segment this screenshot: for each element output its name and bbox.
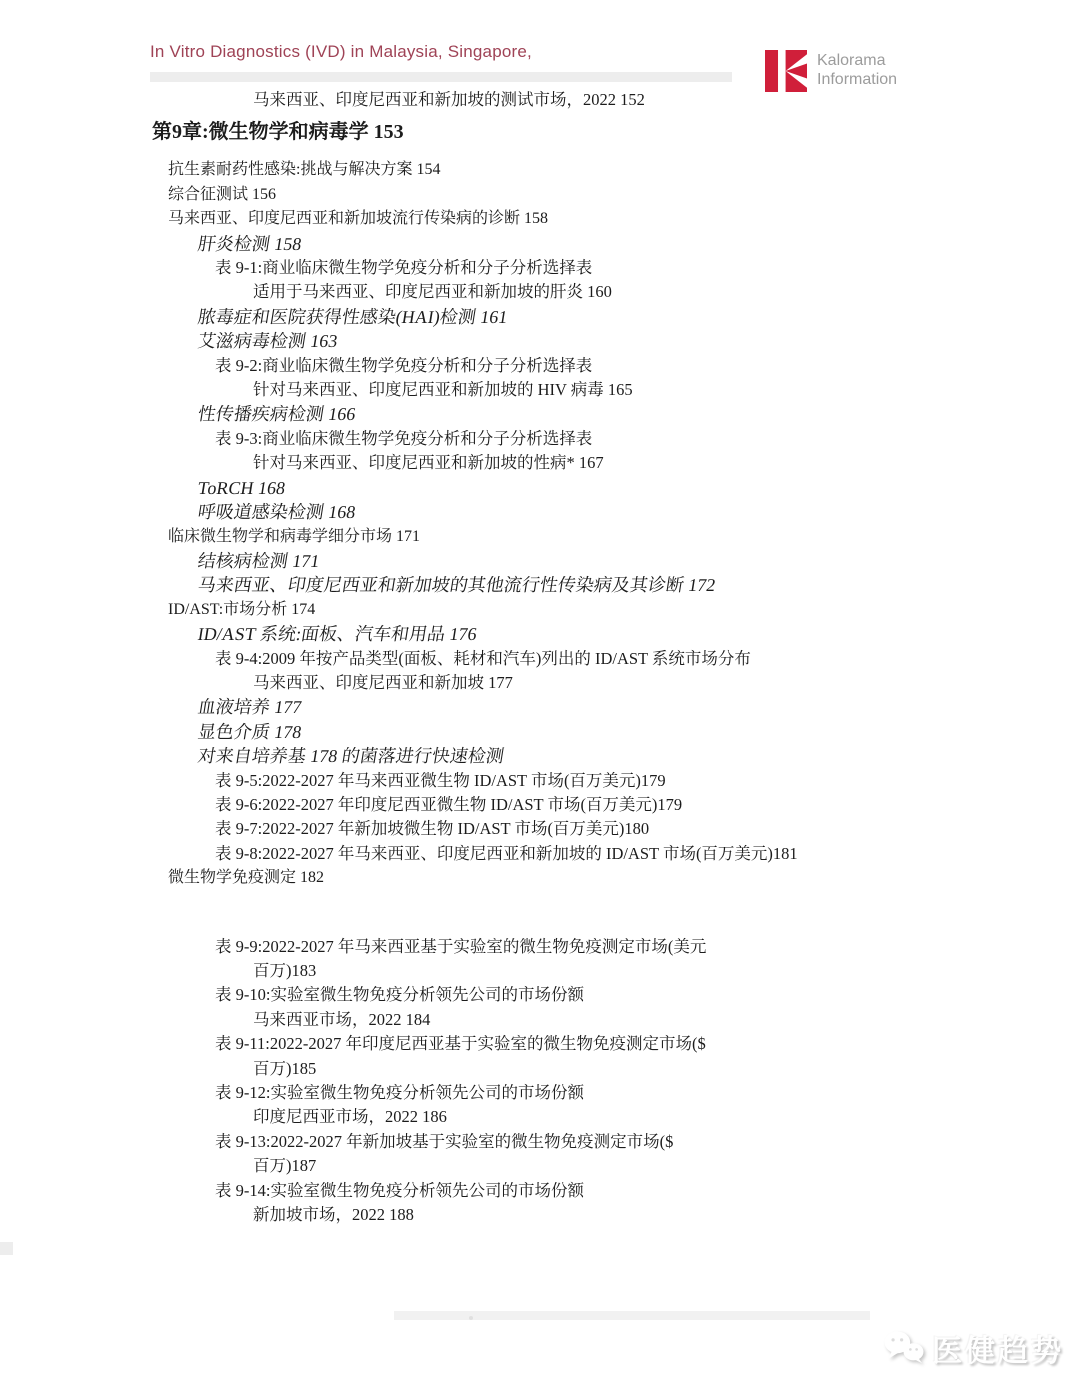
toc-entry-text: ID/AST:市场分析 174	[168, 601, 315, 618]
toc-entry: 表 9-5:2022-2027 年马来西亚微生物 ID/AST 市场(百万美元)…	[0, 769, 1080, 793]
toc-entry-text: 表 9-12:实验室微生物免疫分析领先公司的市场份额	[215, 1083, 584, 1102]
toc-entry-text: 表 9-2:商业临床微生物学免疫分析和分子分析选择表	[215, 356, 592, 375]
toc-entry-text: 表 9-3:商业临床微生物学免疫分析和分子分析选择表	[215, 429, 592, 448]
toc-entry-text: 马来西亚、印度尼西亚和新加坡的其他流行性传染病及其诊断 172	[196, 573, 717, 597]
kalorama-logo: Kalorama Information	[765, 50, 897, 92]
toc-entry-text: 临床微生物学和病毒学细分市场 171	[168, 528, 420, 545]
toc-entry: 微生物学免疫测定 182	[0, 866, 1080, 890]
toc-entry-text: 表 9-14:实验室微生物免疫分析领先公司的市场份额	[215, 1181, 584, 1200]
toc-entry-text: 新加坡市场，2022 188	[253, 1205, 414, 1224]
toc-entry-text: ID/AST 系统:面板、汽车和用品 176	[196, 622, 479, 646]
toc-entry-text: 百万)185	[253, 1059, 316, 1078]
toc-entry: ID/AST 系统:面板、汽车和用品 176	[0, 622, 1080, 646]
watermark-label: 医健趋势	[932, 1326, 1064, 1370]
toc-entry: 表 9-12:实验室微生物免疫分析领先公司的市场份额	[0, 1081, 1080, 1105]
kalorama-k-icon	[765, 50, 807, 92]
toc-entry: 艾滋病毒检测 163	[0, 329, 1080, 353]
toc-entry: 新加坡市场，2022 188	[0, 1203, 1080, 1227]
table-of-contents: 马来西亚、印度尼西亚和新加坡的测试市场，2022 152第9章:微生物学和病毒学…	[0, 88, 1080, 1227]
toc-entry: 马来西亚、印度尼西亚和新加坡流行传染病的诊断 158	[0, 207, 1080, 231]
toc-entry-text: 表 9-5:2022-2027 年马来西亚微生物 ID/AST 市场(百万美元)…	[215, 771, 666, 790]
toc-entry-text: 血液培养 177	[196, 695, 303, 719]
toc-entry-text: 显色介质 178	[196, 720, 303, 744]
watermark: 医健趋势	[883, 1326, 1064, 1370]
toc-entry-text: 表 9-1:商业临床微生物学免疫分析和分子分析选择表	[215, 258, 592, 277]
toc-entry: 表 9-7:2022-2027 年新加坡微生物 ID/AST 市场(百万美元)1…	[0, 817, 1080, 841]
toc-entry: ID/AST:市场分析 174	[0, 598, 1080, 622]
toc-entry: 综合征测试 156	[0, 183, 1080, 207]
toc-entry: 肝炎检测 158	[0, 232, 1080, 256]
toc-entry-text: 微生物学免疫测定 182	[168, 869, 324, 886]
toc-entry-text: 百万)183	[253, 961, 316, 980]
toc-entry: 结核病检测 171	[0, 549, 1080, 573]
bottom-divider	[394, 1311, 870, 1320]
toc-entry-text: 适用于马来西亚、印度尼西亚和新加坡的肝炎 160	[253, 282, 612, 301]
toc-entry: 对来自培养基 178 的菌落进行快速检测	[0, 744, 1080, 768]
toc-entry-text: 表 9-4:2009 年按产品类型(面板、耗材和汽车)列出的 ID/AST 系统…	[215, 649, 751, 668]
toc-entry-text: 表 9-10:实验室微生物免疫分析领先公司的市场份额	[215, 985, 584, 1004]
toc-entry: 针对马来西亚、印度尼西亚和新加坡的性病* 167	[0, 451, 1080, 475]
toc-entry-text: 印度尼西亚市场，2022 186	[253, 1107, 447, 1126]
toc-entry: 适用于马来西亚、印度尼西亚和新加坡的肝炎 160	[0, 280, 1080, 304]
toc-entry: 百万)183	[0, 959, 1080, 983]
toc-entry: 表 9-3:商业临床微生物学免疫分析和分子分析选择表	[0, 427, 1080, 451]
toc-entry: 血液培养 177	[0, 695, 1080, 719]
scan-artifact-dot	[469, 1316, 473, 1320]
toc-entry-text: 马来西亚、印度尼西亚和新加坡流行传染病的诊断 158	[168, 210, 548, 227]
toc-entry-text: 表 9-6:2022-2027 年印度尼西亚微生物 ID/AST 市场(百万美元…	[215, 795, 682, 814]
toc-entry: ToRCH 168	[0, 476, 1080, 500]
toc-entry-text: 表 9-7:2022-2027 年新加坡微生物 ID/AST 市场(百万美元)1…	[215, 819, 649, 838]
toc-entry: 百万)185	[0, 1057, 1080, 1081]
toc-entry-text: 表 9-13:2022-2027 年新加坡基于实验室的微生物免疫测定市场($	[215, 1132, 673, 1151]
toc-entry-text: ToRCH 168	[196, 476, 287, 500]
toc-entry: 性传播疾病检测 166	[0, 402, 1080, 426]
toc-entry: 印度尼西亚市场，2022 186	[0, 1105, 1080, 1129]
toc-entry: 表 9-13:2022-2027 年新加坡基于实验室的微生物免疫测定市场($	[0, 1130, 1080, 1154]
toc-entry-text: 针对马来西亚、印度尼西亚和新加坡的 HIV 病毒 165	[253, 380, 633, 399]
toc-entry: 马来西亚市场，2022 184	[0, 1008, 1080, 1032]
kalorama-logo-text: Kalorama Information	[817, 52, 897, 90]
scan-artifact-left	[0, 1242, 13, 1255]
toc-entry: 百万)187	[0, 1154, 1080, 1178]
toc-entry: 表 9-8:2022-2027 年马来西亚、印度尼西亚和新加坡的 ID/AST …	[0, 842, 1080, 866]
toc-entry-text: 肝炎检测 158	[196, 232, 303, 256]
toc-entry: 表 9-14:实验室微生物免疫分析领先公司的市场份额	[0, 1179, 1080, 1203]
toc-entry-text: 脓毒症和医院获得性感染(HAI)检测 161	[196, 305, 509, 329]
logo-line1: Kalorama	[817, 52, 897, 71]
toc-entry-text: 马来西亚市场，2022 184	[253, 1010, 430, 1029]
toc-entry-text: 针对马来西亚、印度尼西亚和新加坡的性病* 167	[253, 453, 604, 472]
toc-entry-text: 马来西亚、印度尼西亚和新加坡的测试市场，2022 152	[253, 90, 645, 109]
report-title: In Vitro Diagnostics (IVD) in Malaysia, …	[150, 42, 532, 62]
toc-entry: 针对马来西亚、印度尼西亚和新加坡的 HIV 病毒 165	[0, 378, 1080, 402]
toc-entry: 马来西亚、印度尼西亚和新加坡的测试市场，2022 152	[0, 88, 1080, 112]
toc-entry-text: 结核病检测 171	[196, 549, 321, 573]
toc-entry: 抗生素耐药性感染:挑战与解决方案 154	[0, 158, 1080, 182]
toc-entry: 表 9-1:商业临床微生物学免疫分析和分子分析选择表	[0, 256, 1080, 280]
toc-entry-text: 第9章:微生物学和病毒学 153	[152, 121, 404, 143]
toc-entry: 显色介质 178	[0, 720, 1080, 744]
header-divider	[150, 72, 732, 82]
wechat-icon	[883, 1329, 925, 1367]
toc-entry: 马来西亚、印度尼西亚和新加坡 177	[0, 671, 1080, 695]
toc-entry-text: 性传播疾病检测 166	[196, 402, 357, 426]
toc-entry: 表 9-2:商业临床微生物学免疫分析和分子分析选择表	[0, 354, 1080, 378]
toc-entry: 表 9-4:2009 年按产品类型(面板、耗材和汽车)列出的 ID/AST 系统…	[0, 647, 1080, 671]
toc-entry: 表 9-11:2022-2027 年印度尼西亚基于实验室的微生物免疫测定市场($	[0, 1032, 1080, 1056]
toc-entry: 表 9-10:实验室微生物免疫分析领先公司的市场份额	[0, 983, 1080, 1007]
chapter-heading: 第9章:微生物学和病毒学 153	[0, 112, 1080, 152]
toc-entry-text: 呼吸道感染检测 168	[196, 500, 357, 524]
toc-entry-text: 表 9-8:2022-2027 年马来西亚、印度尼西亚和新加坡的 ID/AST …	[215, 844, 798, 863]
toc-entry-text: 马来西亚、印度尼西亚和新加坡 177	[253, 673, 513, 692]
toc-entry-text: 表 9-11:2022-2027 年印度尼西亚基于实验室的微生物免疫测定市场($	[215, 1034, 706, 1053]
toc-entry: 表 9-9:2022-2027 年马来西亚基于实验室的微生物免疫测定市场(美元	[0, 935, 1080, 959]
toc-entry-text: 对来自培养基 178 的菌落进行快速检测	[196, 744, 506, 768]
toc-entry-text: 抗生素耐药性感染:挑战与解决方案 154	[168, 161, 440, 178]
toc-entry: 临床微生物学和病毒学细分市场 171	[0, 525, 1080, 549]
toc-entry-text: 艾滋病毒检测 163	[196, 329, 339, 353]
toc-entry-text: 综合征测试 156	[168, 186, 276, 203]
toc-entry-text: 百万)187	[253, 1156, 316, 1175]
toc-entry-text: 表 9-9:2022-2027 年马来西亚基于实验室的微生物免疫测定市场(美元	[215, 937, 706, 956]
toc-entry: 脓毒症和医院获得性感染(HAI)检测 161	[0, 305, 1080, 329]
toc-entry: 马来西亚、印度尼西亚和新加坡的其他流行性传染病及其诊断 172	[0, 573, 1080, 597]
toc-entry: 表 9-6:2022-2027 年印度尼西亚微生物 ID/AST 市场(百万美元…	[0, 793, 1080, 817]
toc-entry: 呼吸道感染检测 168	[0, 500, 1080, 524]
